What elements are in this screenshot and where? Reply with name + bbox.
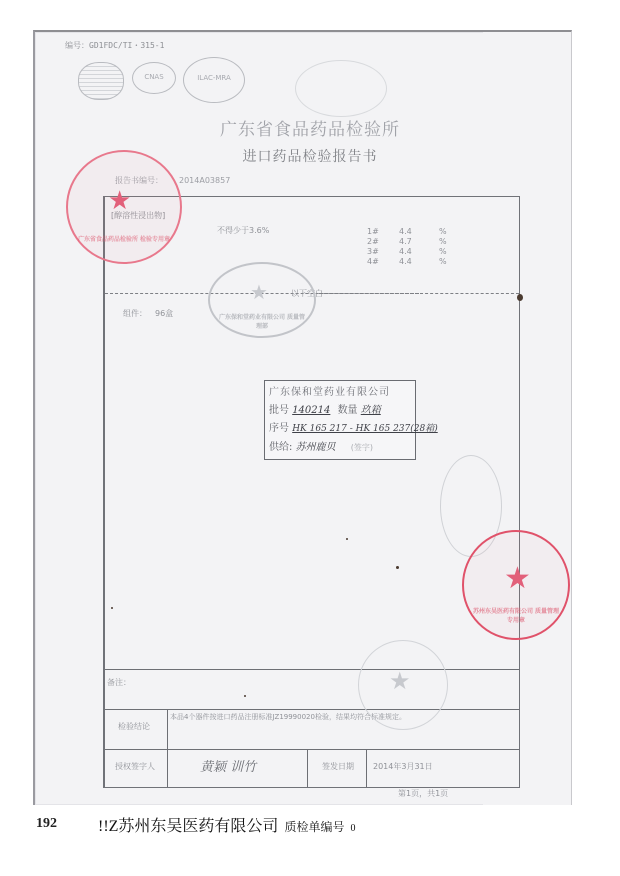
test-item-standard: 不得少于3.6% (217, 225, 269, 236)
packaging-value: 96盒 (155, 308, 173, 319)
result-value: 4.7 (399, 237, 412, 246)
result-unit: % (439, 237, 447, 246)
scan-speck (111, 607, 113, 609)
signatory-label: 授权签字人 (115, 761, 155, 772)
batch-label: 批号 (269, 405, 289, 416)
supplier-note: (签字) (351, 443, 373, 452)
cma-logo-icon (78, 62, 124, 100)
form-code: 编号：GD1FDC/TI・315-1 (65, 40, 164, 51)
result-index: 3# (367, 247, 379, 256)
scan-speck (346, 538, 348, 540)
result-value: 4.4 (399, 247, 412, 256)
serial-label: 序号 (269, 423, 289, 434)
remarks-label: 备注： (107, 677, 131, 688)
result-index: 2# (367, 237, 379, 246)
institute-title: 广东省食品药品检验所 (0, 115, 620, 140)
inspection-seal: ★ 广东省食品药品检验所 检验专用章 (66, 150, 182, 264)
scan-speck (396, 566, 399, 569)
company-seal: ★ 苏州东吴医药有限公司 质量管理专用章 (462, 530, 570, 640)
page-info: 第1页，共1页 (398, 788, 448, 799)
faint-seal-bottom: ★ (358, 640, 448, 730)
result-index: 1# (367, 227, 379, 236)
result-unit: % (439, 257, 447, 266)
result-unit: % (439, 227, 447, 236)
company-seal-star-icon: ★ (504, 564, 531, 594)
cnas-logo-icon: CNAS (132, 62, 176, 94)
receipt-company: 广东保和堂药业有限公司 (269, 383, 390, 398)
packaging-label: 组件： (123, 308, 147, 319)
receipt-supplier-row: 供给: 苏州鹿贝 (签字) (269, 438, 373, 453)
receipt-batch-row: 批号 140214 数量 玖箱 (269, 401, 381, 416)
conclusion-label: 检验结论 (118, 721, 150, 732)
supplier-value: 苏州鹿贝 (296, 442, 336, 453)
qc-number: 0 (350, 823, 355, 834)
receipt-serial-row: 序号 HK 165 217 - HK 165 237(28箱) (269, 419, 438, 434)
seal-star-icon: ★ (108, 188, 131, 214)
supplier-label: 供给: (269, 442, 292, 453)
result-index: 4# (367, 257, 379, 266)
qa-department-seal: ★ 广东保和堂药业有限公司 质量管理部 (208, 262, 316, 338)
signatory-signature: 黄颖 训竹 (200, 756, 256, 775)
serial-value: HK 165 217 - HK 165 237(28箱) (292, 424, 438, 434)
remarks-divider (105, 669, 519, 670)
company-seal-text: 苏州东吴医药有限公司 质量管理专用章 (472, 606, 560, 624)
date-value-divider (366, 749, 367, 787)
qc-label: 质检单编号 (284, 820, 344, 834)
faint-seal-top (295, 60, 387, 117)
scan-speck (244, 695, 246, 697)
qa-seal-star-icon: ★ (250, 282, 268, 302)
receipt-stamp: 广东保和堂药业有限公司 批号 140214 数量 玖箱 序号 HK 165 21… (264, 380, 416, 460)
footer-company: !!Z苏州东吴医药有限公司质检单编号 0 (98, 813, 355, 836)
report-number-value: 2014A03857 (179, 176, 230, 185)
footer-page-number: 192 (36, 816, 57, 832)
batch-value: 140214 (292, 405, 330, 416)
result-value: 4.4 (399, 257, 412, 266)
issue-date: 2014年3月31日 (373, 761, 433, 772)
scan-speck (517, 294, 523, 301)
label-column-divider (167, 709, 168, 787)
ilac-logo-icon: ILAC-MRA (183, 57, 245, 103)
result-value: 4.4 (399, 227, 412, 236)
seal-text: 广东省食品药品检验所 检验专用章 (74, 234, 174, 243)
quantity-value: 玖箱 (361, 405, 381, 416)
signatory-divider (105, 749, 519, 750)
faint-seal-star-icon: ★ (389, 669, 411, 693)
blank-divider-right (319, 293, 519, 294)
qa-seal-text: 广东保和堂药业有限公司 质量管理部 (216, 312, 308, 330)
date-label-divider (307, 749, 308, 787)
footer-company-name: !!Z苏州东吴医药有限公司 (98, 818, 278, 835)
result-unit: % (439, 247, 447, 256)
issue-date-label: 签发日期 (322, 761, 354, 772)
quantity-label: 数量 (338, 405, 358, 416)
